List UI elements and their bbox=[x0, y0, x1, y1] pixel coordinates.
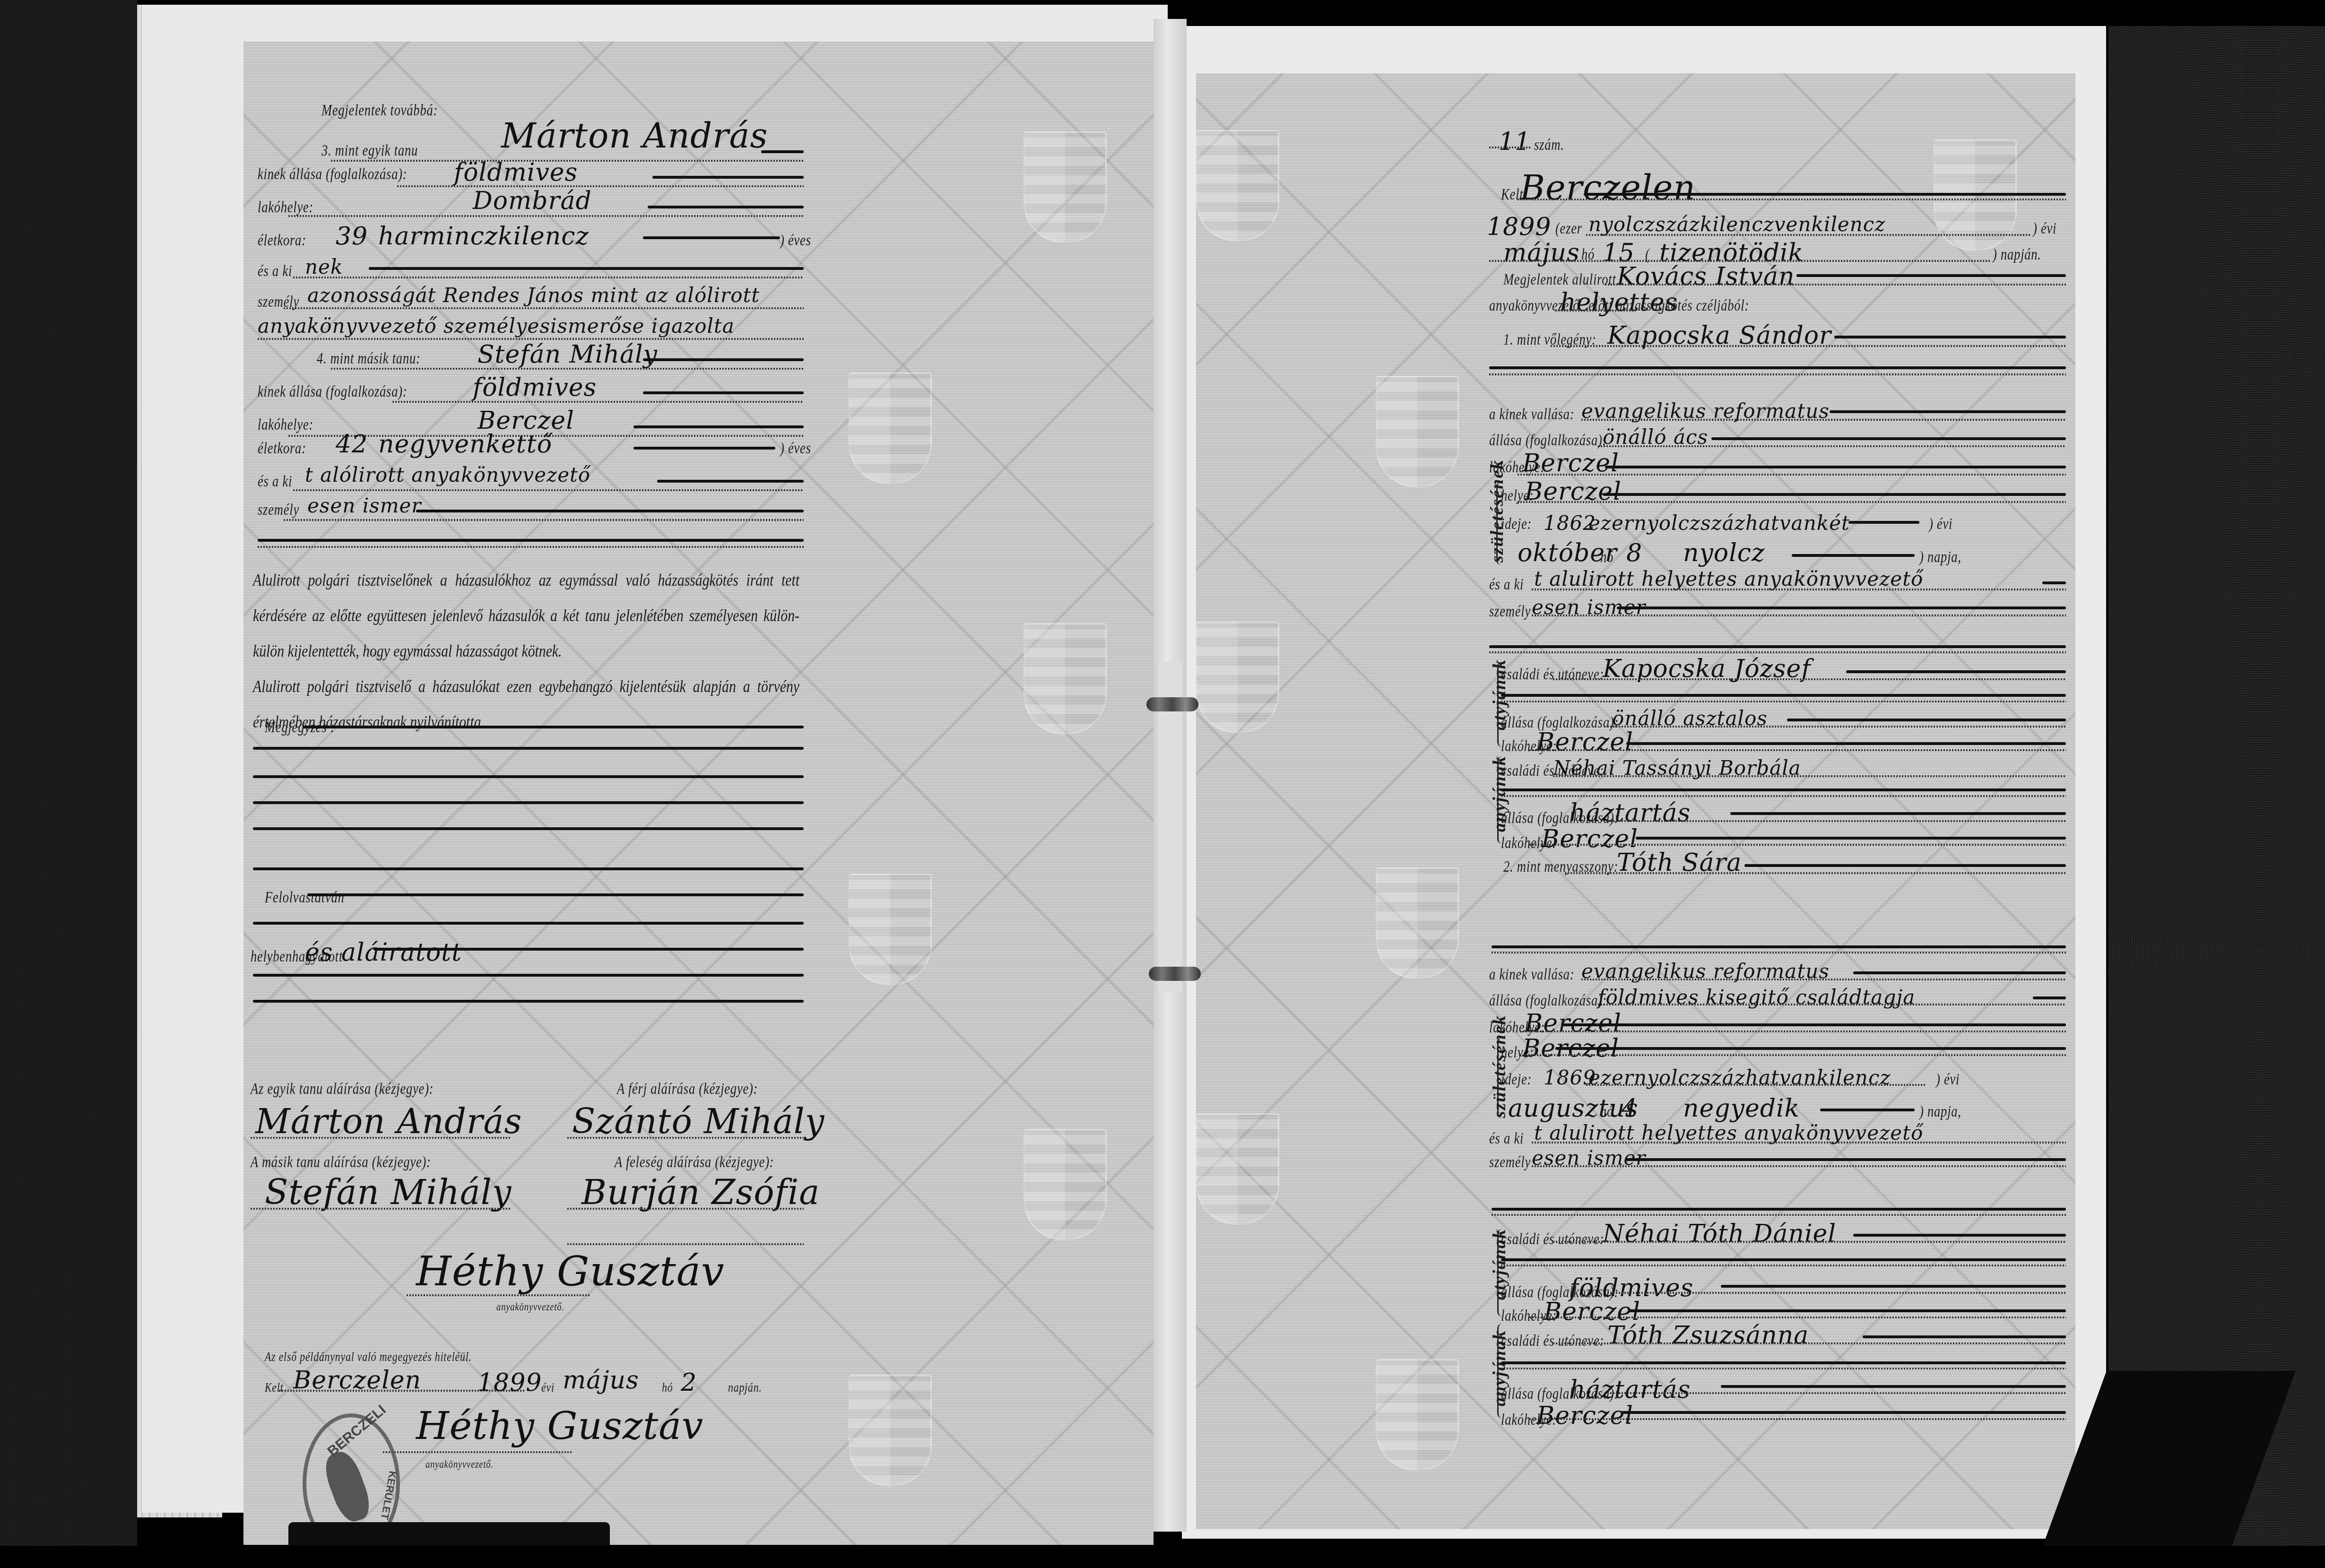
bride-mother-name: Tóth Zsuzsánna bbox=[1607, 1321, 1809, 1350]
registrar-name: Kovács István bbox=[1617, 262, 1795, 291]
rule bbox=[307, 893, 804, 896]
dotted-line bbox=[407, 1294, 591, 1296]
rule bbox=[1721, 1285, 2066, 1288]
read-aloud-label: Felolvastatván bbox=[265, 889, 345, 907]
cert-ho-label: hó bbox=[662, 1380, 673, 1395]
coat-of-arms-watermark bbox=[1024, 623, 1107, 735]
rule bbox=[1629, 1309, 2066, 1312]
rule bbox=[253, 827, 804, 830]
witness3-age-num: 39 bbox=[336, 222, 368, 251]
bride-birth-month: augusztus bbox=[1508, 1094, 1638, 1123]
coat-of-arms-watermark bbox=[1024, 1129, 1107, 1240]
dotted-line bbox=[1586, 1084, 1926, 1086]
witness3-age-suffix: ) éves bbox=[780, 232, 811, 250]
bride-birth-day-close: ) napja, bbox=[1919, 1103, 1961, 1121]
witness2-signature-label: A másik tanu aláírása (kézjegye): bbox=[251, 1153, 431, 1171]
groom-religion-label: a kinek vallása: bbox=[1489, 406, 1574, 424]
dotted-line bbox=[567, 1137, 804, 1139]
rule bbox=[1622, 1411, 2066, 1414]
binding-thread bbox=[1149, 967, 1201, 981]
coat-of-arms-watermark bbox=[849, 373, 932, 484]
witness4-title-label: 4. mint másik tanu: bbox=[317, 350, 421, 368]
dotted-line bbox=[258, 338, 804, 340]
cert-kelt-label: Kelt bbox=[265, 1380, 284, 1395]
dotted-line bbox=[1553, 678, 2066, 680]
witness4-person-label: személy bbox=[258, 501, 299, 519]
rule bbox=[253, 747, 804, 750]
bride-birth-year-close: ) évi bbox=[1936, 1071, 1960, 1089]
rule bbox=[1848, 521, 1919, 524]
dotted-line bbox=[567, 1208, 804, 1210]
dotted-line bbox=[258, 546, 804, 548]
witness1-signature: Márton András bbox=[255, 1101, 522, 1141]
cert-registrar-label: anyakönyvvezető. bbox=[425, 1458, 494, 1471]
dotted-line bbox=[1489, 147, 1532, 148]
cert-day-suffix: napján. bbox=[728, 1380, 762, 1395]
coat-of-arms-watermark bbox=[849, 1375, 932, 1486]
rule bbox=[1796, 274, 2066, 277]
groom-mother-occupation: háztartás bbox=[1570, 799, 1691, 827]
wife-signature-label: A feleség aláírása (kézjegye): bbox=[615, 1153, 774, 1171]
groom-residence: Berczel bbox=[1522, 449, 1619, 477]
bride-religion-label: a kinek vallása: bbox=[1489, 966, 1574, 984]
dotted-line bbox=[251, 1137, 511, 1139]
cert-year-suffix: évi bbox=[541, 1380, 555, 1395]
dotted-line bbox=[1518, 199, 2066, 200]
record-month: május bbox=[1503, 239, 1580, 267]
rule bbox=[1626, 742, 2066, 745]
dotted-line bbox=[284, 307, 804, 309]
rule bbox=[1834, 336, 2066, 338]
rule bbox=[1492, 945, 2066, 948]
record-year-words: nyolczszázkilenczvenkilencz bbox=[1588, 213, 1885, 236]
dotted-line bbox=[1529, 844, 2066, 846]
dotted-line bbox=[251, 1208, 511, 1210]
dotted-line bbox=[1565, 872, 2066, 874]
groom-father-residence: Berczel bbox=[1536, 728, 1633, 756]
witness3-occupation: földmives bbox=[454, 158, 578, 187]
witness3-person-value2: anyakönyvvezető személyesismerőse igazol… bbox=[258, 314, 735, 338]
bride-birth-date-label: ideje: bbox=[1501, 1071, 1532, 1089]
dotted-line bbox=[293, 277, 804, 278]
dotted-line bbox=[1532, 1142, 2066, 1144]
rule bbox=[373, 948, 804, 951]
rule bbox=[633, 447, 775, 450]
groom-known-label: és a ki bbox=[1489, 576, 1524, 594]
wife-signature: Burján Zsófia bbox=[581, 1172, 820, 1212]
cert-year: 1899 bbox=[477, 1369, 542, 1397]
rule bbox=[253, 775, 804, 778]
rule bbox=[1501, 694, 2066, 697]
rule bbox=[303, 726, 804, 728]
dotted-line bbox=[1501, 795, 2066, 797]
rule bbox=[253, 867, 804, 870]
appeared-label: Megjelentek alulirott bbox=[1503, 271, 1616, 289]
dotted-line bbox=[1607, 1292, 2066, 1294]
cert-month: május bbox=[563, 1366, 639, 1395]
coat-of-arms-watermark bbox=[1196, 130, 1279, 242]
rule bbox=[1492, 1208, 2066, 1211]
bride-person-label: személy bbox=[1489, 1153, 1531, 1171]
rule bbox=[1501, 1258, 2066, 1261]
witness4-known-label: és a ki bbox=[258, 473, 292, 491]
rule bbox=[1489, 366, 2066, 369]
approved-value: és aláiratott bbox=[305, 938, 462, 967]
witness4-occupation-label: kinek állása (foglalkozása): bbox=[258, 383, 407, 401]
rule bbox=[253, 1000, 804, 1003]
coat-of-arms-watermark bbox=[1196, 1113, 1279, 1225]
witness4-age-label: életkora: bbox=[258, 440, 306, 458]
dotted-line bbox=[1607, 820, 2066, 822]
rule bbox=[1721, 1385, 2066, 1388]
dotted-line bbox=[1518, 501, 2066, 503]
rule bbox=[1846, 670, 2066, 673]
rule bbox=[1603, 493, 2066, 496]
rule bbox=[1820, 1109, 1915, 1111]
bride-birth-day: 4 bbox=[1622, 1094, 1638, 1123]
rule bbox=[643, 391, 804, 394]
cert-day: 2 bbox=[681, 1369, 697, 1397]
record-year-close: ) évi bbox=[2033, 220, 2056, 238]
dotted-line bbox=[397, 185, 804, 187]
bride-mother-name-label: családi és utóneve: bbox=[1501, 1332, 1604, 1350]
rule bbox=[1584, 193, 2066, 196]
rule bbox=[648, 206, 804, 208]
groom-known-value: t alulirott helyettes anyakönyvvezető bbox=[1534, 567, 1923, 590]
coat-of-arms-watermark bbox=[849, 874, 932, 985]
rule bbox=[1853, 971, 2066, 974]
dotted-line bbox=[1489, 651, 2066, 653]
dotted-line bbox=[1607, 1392, 2066, 1394]
dotted-line bbox=[288, 215, 804, 217]
cert-registrar-signature: Héthy Gusztáv bbox=[416, 1404, 703, 1448]
rule bbox=[1562, 1023, 2066, 1026]
dotted-line bbox=[284, 519, 804, 521]
dotted-line bbox=[1492, 1214, 2066, 1216]
record-number: 11 bbox=[1499, 128, 1531, 156]
groom-occupation-label: állása (foglalkozása): bbox=[1489, 432, 1607, 450]
binding-thread bbox=[1146, 697, 1198, 711]
dotted-line bbox=[1489, 260, 1990, 262]
dotted-line bbox=[383, 1451, 572, 1453]
bride-birth-ho-label: hó bbox=[1600, 1103, 1614, 1121]
rule bbox=[761, 150, 804, 153]
dotted-line bbox=[1492, 952, 2066, 953]
record-number-label: szám. bbox=[1534, 136, 1564, 154]
rule bbox=[253, 801, 804, 804]
coat-of-arms-watermark bbox=[1376, 376, 1459, 487]
dotted-line bbox=[567, 1243, 804, 1245]
rule bbox=[1636, 837, 2066, 840]
rule bbox=[1501, 1361, 2066, 1364]
coat-of-arms-watermark bbox=[1024, 131, 1107, 243]
dotted-line bbox=[331, 368, 804, 370]
dotted-line bbox=[1532, 589, 2066, 590]
witness3-residence: Dombrád bbox=[473, 187, 592, 215]
record-year-open: (ezer bbox=[1555, 220, 1582, 238]
dotted-line bbox=[1532, 1165, 2066, 1167]
record-place: Berczelen bbox=[1520, 168, 1696, 208]
groom-birth-day-words: nyolcz bbox=[1683, 539, 1765, 567]
declaration-paragraph: Alulirott polgári tisztviselőnek a házas… bbox=[253, 563, 799, 669]
coat-of-arms-watermark bbox=[1376, 1359, 1459, 1471]
dotted-line bbox=[1520, 1054, 2066, 1056]
witness3-residence-label: lakóhelye: bbox=[258, 199, 313, 217]
book-cover-left bbox=[0, 0, 137, 1568]
rule bbox=[1605, 466, 2066, 468]
dotted-line bbox=[1605, 284, 2066, 286]
rule bbox=[1489, 645, 2066, 648]
witness4-residence-label: lakóhelye: bbox=[258, 416, 313, 434]
bride-father-name-label: családi és utóneve: bbox=[1501, 1230, 1604, 1248]
rule bbox=[1863, 1335, 2066, 1338]
rule bbox=[1626, 1158, 2066, 1161]
rule bbox=[1730, 812, 2066, 815]
dotted-line bbox=[1553, 1343, 2066, 1344]
rule bbox=[253, 922, 804, 925]
husband-signature-label: A férj aláírása (kézjegye): bbox=[617, 1080, 758, 1098]
witness3-name: Márton András bbox=[501, 116, 768, 156]
rule bbox=[2033, 996, 2066, 999]
bride-known-label: és a ki bbox=[1489, 1130, 1524, 1148]
dotted-line bbox=[1598, 1004, 2066, 1005]
groom-birth-date-label: ideje: bbox=[1501, 515, 1532, 533]
dotted-line bbox=[1553, 1241, 2066, 1243]
rule bbox=[1792, 554, 1915, 557]
witness4-known-value: t alólirott anyakönyvvezető bbox=[305, 463, 590, 486]
rule bbox=[652, 176, 804, 179]
scan-border-bottom bbox=[0, 1546, 2325, 1568]
rule bbox=[416, 510, 804, 512]
registrar-signature: Héthy Gusztáv bbox=[416, 1248, 725, 1295]
dotted-line bbox=[1529, 1418, 2066, 1420]
dotted-line bbox=[1529, 749, 2066, 751]
groom-birth-year-words: ezernyolczszázhatvankét bbox=[1588, 511, 1850, 535]
bride-mother-occupation: háztartás bbox=[1570, 1376, 1691, 1404]
rule bbox=[2042, 581, 2066, 584]
groom-birth-day: 8 bbox=[1626, 539, 1642, 567]
bride-occupation-label: állása (foglalkozása): bbox=[1489, 992, 1607, 1010]
groom-birth-ho-label: hó bbox=[1600, 548, 1614, 566]
groom-birth-day-close: ) napja, bbox=[1919, 548, 1961, 566]
dotted-line bbox=[1598, 445, 2066, 447]
coat-of-arms-watermark bbox=[1376, 867, 1459, 979]
dotted-line bbox=[392, 401, 804, 403]
rule bbox=[1853, 1234, 2066, 1237]
rule bbox=[1711, 437, 2066, 440]
witness3-title-label: 3. mint egyik tanu bbox=[321, 142, 418, 160]
rule bbox=[1501, 788, 2066, 791]
book-cover-right bbox=[2108, 26, 2325, 1568]
rule bbox=[633, 425, 804, 428]
dotted-line bbox=[1501, 701, 2066, 702]
bride-mother-residence: Berczel bbox=[1536, 1402, 1633, 1430]
dotted-line bbox=[1520, 1031, 2066, 1032]
dotted-line bbox=[1551, 345, 2066, 347]
dotted-line bbox=[1553, 775, 2066, 777]
rule bbox=[1555, 1047, 2066, 1050]
witness4-occupation: földmives bbox=[473, 373, 597, 402]
dotted-line bbox=[1518, 474, 2066, 476]
dotted-line bbox=[1489, 373, 2066, 375]
rule bbox=[1830, 410, 2066, 413]
dotted-line bbox=[1501, 1368, 2066, 1369]
dotted-line bbox=[1586, 234, 2030, 236]
dotted-line bbox=[1581, 979, 2066, 980]
rule bbox=[253, 974, 804, 977]
witness3-known-label: és a ki bbox=[258, 262, 292, 280]
witness4-name: Stefán Mihály bbox=[477, 340, 658, 369]
dotted-line bbox=[1501, 1265, 2066, 1266]
witness3-age-words: harminczkilencz bbox=[378, 222, 589, 251]
witness3-occupation-label: kinek állása (foglalkozása): bbox=[258, 165, 407, 183]
witness4-age-suffix: ) éves bbox=[780, 440, 811, 458]
dotted-line bbox=[1529, 1317, 2066, 1318]
husband-signature: Szántó Mihály bbox=[572, 1101, 824, 1141]
dotted-line bbox=[1532, 615, 2066, 616]
rule bbox=[643, 358, 804, 361]
rule bbox=[369, 267, 804, 270]
witness2-signature: Stefán Mihály bbox=[265, 1172, 512, 1212]
rule bbox=[657, 480, 804, 483]
groom-father-name-label: családi és utóneve: bbox=[1501, 666, 1604, 684]
dotted-line bbox=[1607, 726, 2066, 728]
appeared-further-label: Megjelentek továbbá: bbox=[321, 102, 438, 120]
witness3-age-label: életkora: bbox=[258, 232, 306, 250]
rule bbox=[1787, 719, 2066, 721]
registrar-label: anyakönyvvezető. bbox=[496, 1301, 564, 1314]
rule bbox=[643, 236, 780, 239]
witness4-person-value: esen ismer bbox=[307, 494, 421, 517]
bride-known-value: t alulirott helyettes anyakönyvvezető bbox=[1534, 1121, 1923, 1144]
witness4-age-words: negyvenkettő bbox=[378, 430, 552, 459]
witness3-person-value: azonosságát Rendes János mint az alóliro… bbox=[307, 284, 760, 307]
witness4-age-num: 42 bbox=[336, 430, 368, 459]
rule bbox=[258, 539, 804, 542]
groom-person-label: személy bbox=[1489, 603, 1531, 621]
groom-birth-year-close: ) évi bbox=[1929, 515, 1952, 533]
bride-father-name: Néhai Tóth Dániel bbox=[1603, 1220, 1836, 1248]
witness1-signature-label: Az egyik tanu aláírása (kézjegye): bbox=[251, 1080, 434, 1098]
dotted-line bbox=[293, 489, 804, 491]
rule bbox=[1744, 864, 2066, 867]
dotted-line bbox=[1581, 419, 2066, 421]
bride-birth-day-words: negyedik bbox=[1683, 1094, 1800, 1123]
registrar-suffix: előtt házasságkötés czéljából: bbox=[1588, 297, 1749, 315]
record-year: 1899 bbox=[1487, 213, 1551, 241]
record-day-close: ) napján. bbox=[1993, 246, 2041, 264]
dotted-line bbox=[1555, 310, 1636, 312]
certification-text: Az első példánynyal való megegyezés hite… bbox=[265, 1350, 472, 1365]
binding-strip bbox=[1158, 662, 1182, 993]
witness3-known-value: nek bbox=[305, 255, 343, 278]
coat-of-arms-watermark bbox=[1196, 622, 1279, 733]
rule bbox=[1617, 606, 2066, 609]
